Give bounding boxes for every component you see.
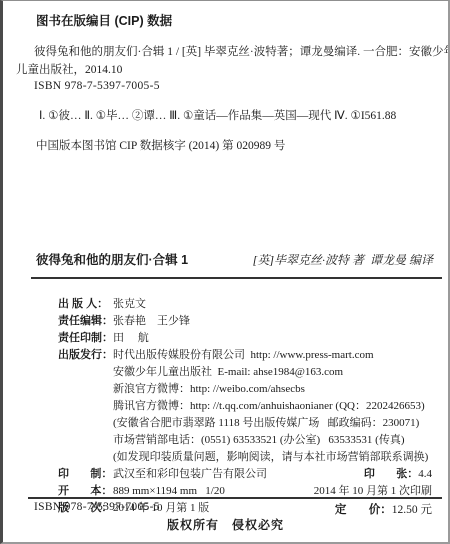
colophon-row-publisher-email: 安徽少年儿童出版社 E-mail: ahse1984@163.com bbox=[36, 347, 432, 364]
cip-record-number-line: 中国版本图书馆 CIP 数据核字 (2014) 第 020989 号 bbox=[36, 137, 285, 153]
colophon-row-quality-note: (如发现印装质量问题，影响阅读，请与本社市场营销部联系调换) bbox=[36, 432, 432, 449]
colophon-row-publisher-person: 出 版 人：张克文 bbox=[36, 279, 432, 296]
colophon-row-format: 开 本：889 mm×1194 mm 1/20 印 张：4.4 bbox=[36, 466, 432, 483]
copyright-notice: 版权所有 侵权必究 bbox=[3, 516, 448, 533]
colophon-row-marketing-phone: 市场营销部电话：(0551) 63533521 (办公室) 63533531 (… bbox=[36, 415, 432, 432]
cip-heading: 图书在版编目 (CIP) 数据 bbox=[36, 11, 172, 29]
colophon-row-publisher: 出版发行：时代出版传媒股份有限公司 http: //www.press-mart… bbox=[36, 330, 432, 347]
price-label: 定 价： bbox=[335, 504, 392, 516]
colophon-row-weibo: 新浪官方微博：http: //weibo.com/ahsecbs bbox=[36, 364, 432, 381]
cip-record-line-2: 儿童出版社，2014.10 bbox=[16, 61, 122, 77]
colophon-row-editors: 责任编辑：张春艳 王少锋 bbox=[36, 296, 432, 313]
colophon-row-address: (安徽省合肥市翡翠路 1118 号出版传媒广场 邮政编码：230071) bbox=[36, 398, 432, 415]
book-title-row: 彼得兔和他的朋友们·合辑 1 [英]毕翠克丝·波特 著 谭龙曼 编译 bbox=[36, 250, 433, 268]
price-value: 12.50 元 bbox=[392, 504, 432, 516]
divider-bottom bbox=[28, 497, 442, 499]
isbn-text: ISBN 978-7-5397-7005-5 bbox=[34, 501, 160, 517]
isbn-price-row: ISBN 978-7-5397-7005-5 定 价：12.50 元 bbox=[34, 501, 432, 517]
print-sheets-label: 印 张： bbox=[364, 468, 418, 480]
book-authors: [英]毕翠克丝·波特 著 谭龙曼 编译 bbox=[253, 251, 433, 268]
copyright-page: 图书在版编目 (CIP) 数据 彼得兔和他的朋友们·合辑 1 / [英] 毕翠克… bbox=[0, 0, 450, 544]
cip-isbn-line: ISBN 978-7-5397-7005-5 bbox=[34, 80, 160, 92]
print-run-value: 2014 年 10 月第 1 次印刷 bbox=[314, 485, 432, 497]
colophon-row-printer: 印 制：武汉至和彩印包装广告有限公司 bbox=[36, 449, 432, 466]
cip-record-line-1: 彼得兔和他的朋友们·合辑 1 / [英] 毕翠克丝·波特著；谭龙曼编译. 一合肥… bbox=[34, 43, 450, 59]
colophon-row-tencent-weibo: 腾讯官方微博：http: //t.qq.com/anhuishaonianer … bbox=[36, 381, 432, 398]
price: 定 价：12.50 元 bbox=[335, 501, 432, 517]
colophon-rows: 出 版 人：张克文 责任编辑：张春艳 王少锋 责任印制：田 航 出版发行：时代出… bbox=[36, 279, 432, 500]
book-title: 彼得兔和他的朋友们·合辑 1 bbox=[36, 250, 188, 268]
print-sheets-value: 4.4 bbox=[418, 468, 432, 480]
colophon-row-print-editor: 责任印制：田 航 bbox=[36, 313, 432, 330]
cip-classification-line: Ⅰ. ①彼… Ⅱ. ①毕… ②谭… Ⅲ. ①童话—作品集—英国—现代 Ⅳ. ①I… bbox=[39, 107, 396, 123]
row-right: 印 张：4.4 bbox=[364, 466, 432, 483]
